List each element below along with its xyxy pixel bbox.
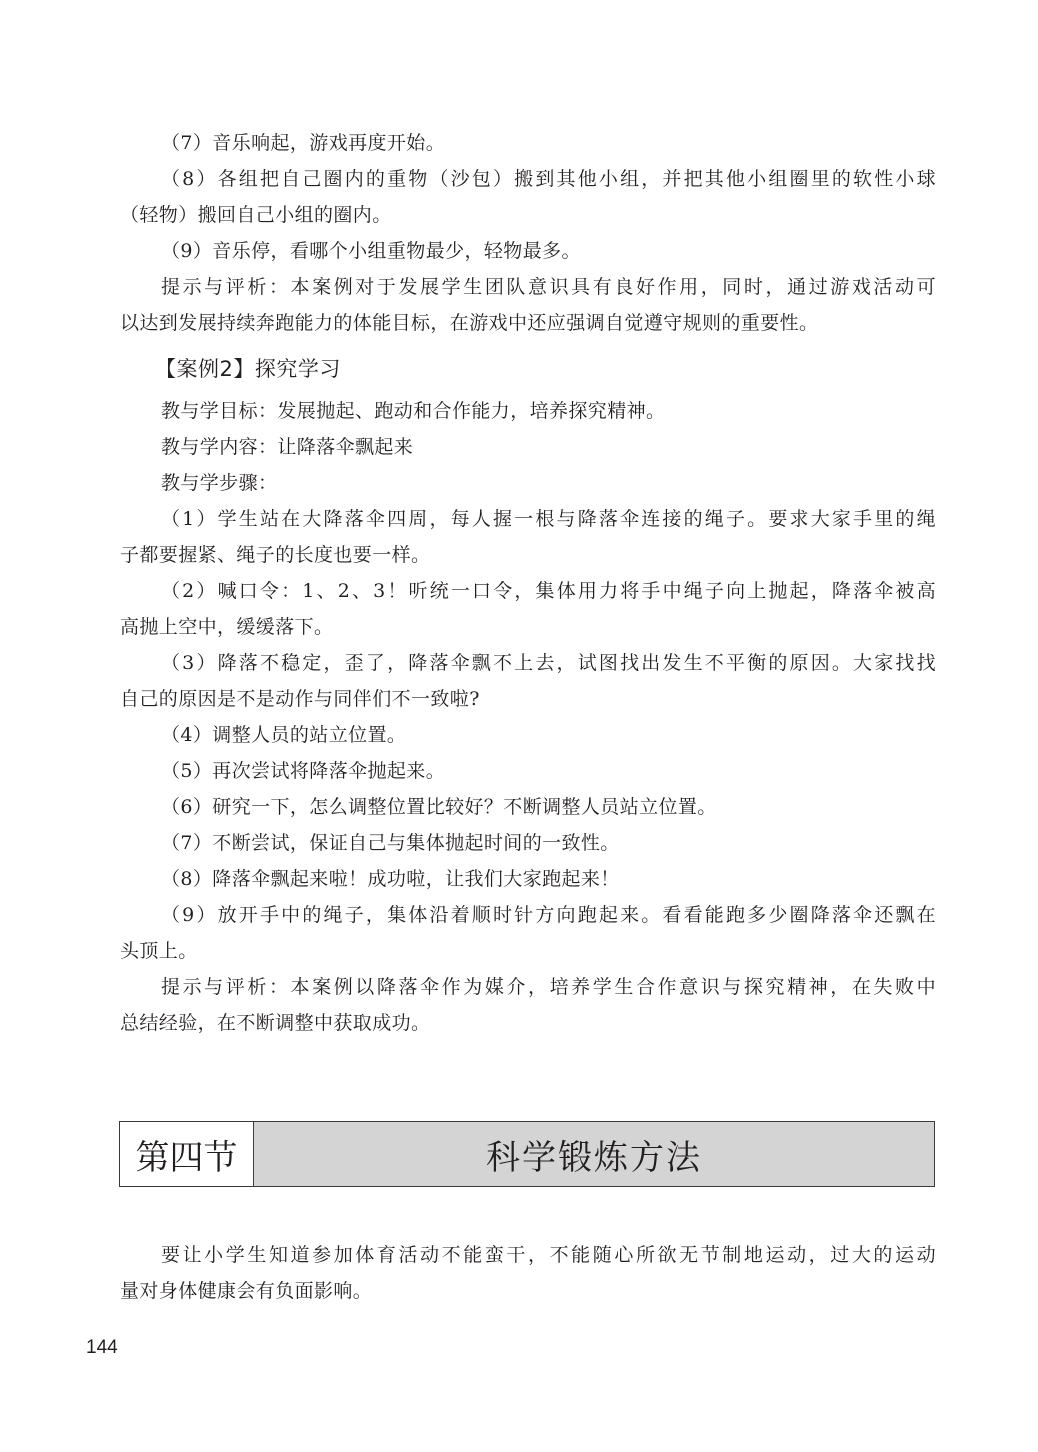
case2-goal: 教与学目标：发展抛起、跑动和合作能力，培养探究精神。 (161, 399, 936, 423)
case2-step-5: （5）再次尝试将降落伞抛起来。 (161, 759, 936, 783)
section-intro-line2: 量对身体健康会有负面影响。 (120, 1279, 936, 1303)
section-intro-line1: 要让小学生知道参加体育活动不能蛮干，不能随心所欲无节制地运动，过大的运动 (161, 1243, 936, 1267)
case2-content: 教与学内容：让降落伞飘起来 (161, 435, 936, 459)
section-number: 第四节 (120, 1122, 254, 1186)
case1-comment-line1: 提示与评析：本案例对于发展学生团队意识具有良好作用，同时，通过游戏活动可 (161, 275, 936, 299)
case2-step-3-line2: 自己的原因是不是动作与同伴们不一致啦? (120, 687, 936, 711)
case2-comment-line2: 总结经验，在不断调整中获取成功。 (120, 1011, 936, 1035)
case2-step-3-line1: （3）降落不稳定，歪了，降落伞飘不上去，试图找出发生不平衡的原因。大家找找 (161, 651, 936, 675)
case1-comment-line2: 以达到发展持续奔跑能力的体能目标，在游戏中还应强调自觉遵守规则的重要性。 (120, 311, 936, 335)
case1-step-8-line1: （8）各组把自己圈内的重物（沙包）搬到其他小组，并把其他小组圈里的软性小球 (161, 167, 936, 191)
case2-step-9-line1: （9）放开手中的绳子，集体沿着顺时针方向跑起来。看看能跑多少圈降落伞还飘在 (161, 903, 936, 927)
case2-heading: 【案例2】探究学习 (155, 355, 341, 383)
case2-step-1-line2: 子都要握紧、绳子的长度也要一样。 (120, 543, 936, 567)
book-page: （7）音乐响起，游戏再度开始。 （8）各组把自己圈内的重物（沙包）搬到其他小组，… (0, 0, 1038, 1452)
case2-steps-label: 教与学步骤： (161, 471, 936, 495)
case2-step-8: （8）降落伞飘起来啦！成功啦，让我们大家跑起来！ (161, 867, 936, 891)
case2-comment-line1: 提示与评析：本案例以降落伞作为媒介，培养学生合作意识与探究精神，在失败中 (161, 975, 936, 999)
case2-step-2-line2: 高抛上空中，缓缓落下。 (120, 615, 936, 639)
page-number: 144 (86, 1336, 118, 1360)
case1-step-9: （9）音乐停，看哪个小组重物最少，轻物最多。 (161, 239, 936, 263)
case2-step-6: （6）研究一下，怎么调整位置比较好？不断调整人员站立位置。 (161, 795, 936, 819)
case1-step-8-line2: （轻物）搬回自己小组的圈内。 (120, 203, 936, 227)
section-title: 科学锻炼方法 (254, 1122, 934, 1186)
section-header: 第四节 科学锻炼方法 (119, 1121, 935, 1187)
case2-step-1-line1: （1）学生站在大降落伞四周，每人握一根与降落伞连接的绳子。要求大家手里的绳 (161, 507, 936, 531)
case2-step-2-line1: （2）喊口令：1、2、3！听统一口令，集体用力将手中绳子向上抛起，降落伞被高 (161, 579, 936, 603)
case2-step-4: （4）调整人员的站立位置。 (161, 723, 936, 747)
case1-step-7: （7）音乐响起，游戏再度开始。 (161, 131, 936, 155)
case2-step-9-line2: 头顶上。 (120, 939, 936, 963)
case2-step-7: （7）不断尝试，保证自己与集体抛起时间的一致性。 (161, 831, 936, 855)
